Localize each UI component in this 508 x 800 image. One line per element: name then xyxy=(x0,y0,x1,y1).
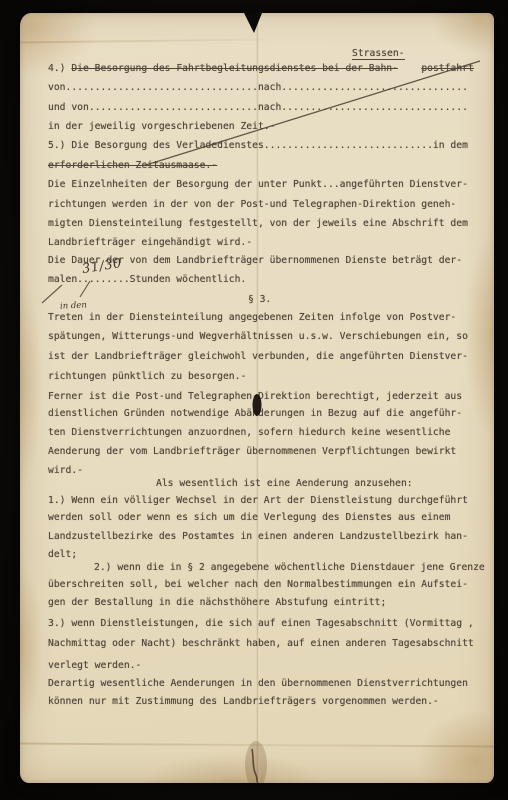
photograph-mat: 4.) Die Besorgung des Fahrtbegleitungsdi… xyxy=(0,0,508,800)
horizontal-crease-top xyxy=(20,39,265,44)
annotation-strassen: Strassen- xyxy=(352,48,405,60)
typed-text: migten Diensteinteilung festgestellt, vo… xyxy=(48,218,468,229)
typed-text: 4.) xyxy=(48,63,71,74)
text-line: ist der Landbriefträger gleichwohl verbu… xyxy=(48,350,468,363)
text-line: 4.) Die Besorgung des Fahrtbegleitungsdi… xyxy=(48,62,474,75)
text-line: wird.- xyxy=(48,464,83,477)
bottom-tear-shadow xyxy=(245,741,267,783)
text-line: spätungen, Witterungs-und Wegverhältniss… xyxy=(48,330,468,343)
text-line: Als wesentlich ist eine Aenderung anzuse… xyxy=(156,477,413,490)
typed-text: ten Dienstverrichtungen anzuordnen, sofe… xyxy=(48,427,450,438)
typed-text: 2.) wenn die in § 2 angegebene wöchentli… xyxy=(94,562,485,573)
typed-text: Treten in der Diensteinteilung angegeben… xyxy=(48,312,456,323)
text-line: § 3. xyxy=(248,293,271,306)
text-line: verlegt werden.- xyxy=(48,659,141,672)
bottom-edge-tear xyxy=(252,749,258,783)
typed-text: ist der Landbriefträger gleichwohl verbu… xyxy=(48,351,468,362)
text-line: Landbriefträger eingehändigt wird.- xyxy=(48,236,252,249)
text-line: 3.) wenn Dienstleistungen, die sich auf … xyxy=(48,617,474,630)
typed-text: und von.............................nach… xyxy=(48,102,468,113)
text-line: gen der Bestallung in die nächsthöhere A… xyxy=(48,596,386,609)
text-line: Nachmittag oder Nacht) beschränkt haben,… xyxy=(48,637,474,650)
typed-text: wird.- xyxy=(48,465,83,476)
top-edge-notch xyxy=(244,13,262,33)
typed-text: in der jeweilig vorgeschriebenen Zeit.- xyxy=(48,121,275,132)
typed-text: § 3. xyxy=(248,294,271,305)
struck-through-text: postfahrt xyxy=(421,63,474,74)
text-line: werden soll oder wenn es sich um die Ver… xyxy=(48,511,450,524)
text-line: Landzustellbezirke des Postamtes in eine… xyxy=(48,530,468,543)
margin-pen-stroke xyxy=(42,285,62,303)
typed-text xyxy=(398,63,421,74)
document-page: 4.) Die Besorgung des Fahrtbegleitungsdi… xyxy=(20,13,494,783)
typed-text: 3.) wenn Dienstleistungen, die sich auf … xyxy=(48,618,474,629)
text-line: überschreiten soll, bei welcher nach den… xyxy=(48,578,468,591)
annotation-insertion: in den xyxy=(60,300,87,311)
typed-text: 1.) Wenn ein völliger Wechsel in der Art… xyxy=(48,495,468,506)
typed-text: verlegt werden.- xyxy=(48,660,141,671)
typed-text: Derartig wesentliche Aenderungen in den … xyxy=(48,678,468,689)
typed-text: Landbriefträger eingehändigt wird.- xyxy=(48,237,252,248)
text-line: 2.) wenn die in § 2 angegebene wöchentli… xyxy=(94,561,485,574)
typed-text: überschreiten soll, bei welcher nach den… xyxy=(48,579,468,590)
horizontal-crease-bottom xyxy=(20,743,494,748)
text-line: ten Dienstverrichtungen anzuordnen, sofe… xyxy=(48,426,450,439)
typed-text: werden soll oder wenn es sich um die Ver… xyxy=(48,512,450,523)
typed-text: Ferner ist die Post-und Telegraphen-Dire… xyxy=(48,391,462,402)
typed-text: Landzustellbezirke des Postamtes in eine… xyxy=(48,531,468,542)
text-line: Derartig wesentliche Aenderungen in den … xyxy=(48,677,468,690)
typed-text: richtungen pünktlich zu besorgen.- xyxy=(48,371,246,382)
typed-text: 5.) Die Besorgung des Verladedienstes...… xyxy=(48,140,468,151)
text-line: von.................................nach… xyxy=(48,81,468,94)
text-line: und von.............................nach… xyxy=(48,101,468,114)
struck-through-text: Die Besorgung des Fahrtbegleitungsdienst… xyxy=(71,63,398,74)
text-line: 5.) Die Besorgung des Verladedienstes...… xyxy=(48,139,468,152)
typed-text: Als wesentlich ist eine Aenderung anzuse… xyxy=(156,478,413,489)
typed-text: spätungen, Witterungs-und Wegverhältniss… xyxy=(48,331,468,342)
text-line: dienstlichen Gründen notwendige Abänderu… xyxy=(48,407,462,420)
typed-text: gen der Bestallung in die nächsthöhere A… xyxy=(48,597,386,608)
text-line: Treten in der Diensteinteilung angegeben… xyxy=(48,311,456,324)
text-line: delt; xyxy=(48,548,77,561)
text-line: richtungen werden in der von der Post-un… xyxy=(48,198,456,211)
text-line: Ferner ist die Post-und Telegraphen-Dire… xyxy=(48,390,462,403)
typed-text: von.................................nach… xyxy=(48,82,468,93)
typed-text: Die Einzelnheiten der Besorgung der unte… xyxy=(48,179,468,190)
text-line: Die Einzelnheiten der Besorgung der unte… xyxy=(48,178,468,191)
typed-text: Aenderung der vom Landbriefträger überno… xyxy=(48,446,456,457)
text-line: Aenderung der vom Landbriefträger überno… xyxy=(48,445,456,458)
struck-through-text: erforderlichen Zeitausmaase.- xyxy=(48,160,217,171)
text-line: richtungen pünktlich zu besorgen.- xyxy=(48,370,246,383)
typed-text: Nachmittag oder Nacht) beschränkt haben,… xyxy=(48,638,474,649)
typed-text: delt; xyxy=(48,549,77,560)
typed-text: können nur mit Zustimmung des Landbrieft… xyxy=(48,696,439,707)
text-line: malen.........Stunden wöchentlich. xyxy=(48,273,246,286)
text-line: in der jeweilig vorgeschriebenen Zeit.- xyxy=(48,120,275,133)
text-line: migten Diensteinteilung festgestellt, vo… xyxy=(48,217,468,230)
typed-text: richtungen werden in der von der Post-un… xyxy=(48,199,456,210)
typed-text: malen.........Stunden wöchentlich. xyxy=(48,274,246,285)
typed-text: dienstlichen Gründen notwendige Abänderu… xyxy=(48,408,462,419)
text-line: können nur mit Zustimmung des Landbrieft… xyxy=(48,695,439,708)
text-line: erforderlichen Zeitausmaase.- xyxy=(48,159,217,172)
text-line: 1.) Wenn ein völliger Wechsel in der Art… xyxy=(48,494,468,507)
